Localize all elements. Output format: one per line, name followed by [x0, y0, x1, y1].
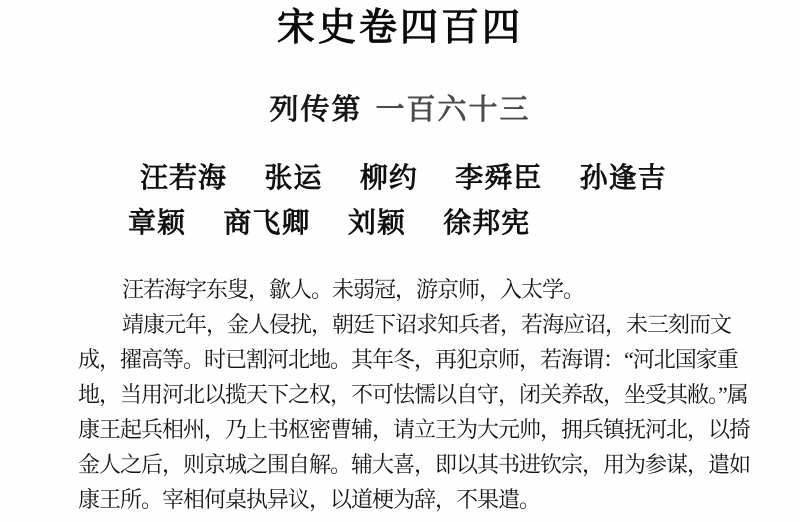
paragraph2-line: 靖康元年，金人侵扰，朝廷下诏求知兵者，若海应诏，未三刻而文 — [78, 307, 760, 342]
section-heading-prefix: 列传第 — [269, 94, 362, 126]
name-item: 章颖 — [128, 208, 186, 239]
name-item: 张运 — [264, 163, 322, 194]
name-item: 商飞卿 — [223, 208, 310, 239]
names-row-1: 汪若海 张运 柳约 李舜臣 孙逢吉 — [140, 156, 800, 201]
name-item: 孙逢吉 — [580, 163, 667, 194]
name-item: 汪若海 — [140, 163, 227, 194]
paragraph1-line: 汪若海字东叟，歙人。未弱冠，游京师，入太学。 — [78, 272, 760, 307]
name-item: 柳约 — [360, 163, 418, 194]
paragraph2-line: 金人之后，则京城之围自解。辅大喜，即以其书进钦宗，用为参谋，遣如 — [78, 447, 760, 482]
paragraph2-line: 康王所。宰相何桌执异议，以道梗为辞，不果遣。 — [78, 482, 760, 517]
paragraph2-line: 成，擢高等。时已割河北地。其年冬，再犯京师，若海谓：“河北国家重 — [78, 342, 760, 377]
paragraph2-line: 地，当用河北以揽天下之权，不可怯懦以自守，闭关养敌，坐受其敝。”属 — [78, 377, 760, 412]
section-heading-number: 一百六十三 — [376, 94, 531, 126]
names-row-2: 章颖 商飞卿 刘颖 徐邦宪 — [128, 201, 800, 246]
name-item: 刘颖 — [348, 208, 406, 239]
paragraph2-line: 康王起兵相州，乃上书枢密曹辅，请立王为大元帅，拥兵镇抚河北，以掎 — [78, 412, 760, 447]
section-heading: 列传第一百六十三 — [0, 94, 800, 127]
scanned-book-page: 宋史卷四百四 列传第一百六十三 汪若海 张运 柳约 李舜臣 孙逢吉 章颖 商飞卿… — [0, 0, 800, 522]
name-item: 徐邦宪 — [443, 208, 530, 239]
name-item: 李舜臣 — [455, 163, 542, 194]
biography-names: 汪若海 张运 柳约 李舜臣 孙逢吉 章颖 商飞卿 刘颖 徐邦宪 — [0, 156, 800, 246]
biography-body: 汪若海字东叟，歙人。未弱冠，游京师，入太学。 靖康元年，金人侵扰，朝廷下诏求知兵… — [78, 272, 760, 517]
volume-title: 宋史卷四百四 — [0, 0, 800, 49]
